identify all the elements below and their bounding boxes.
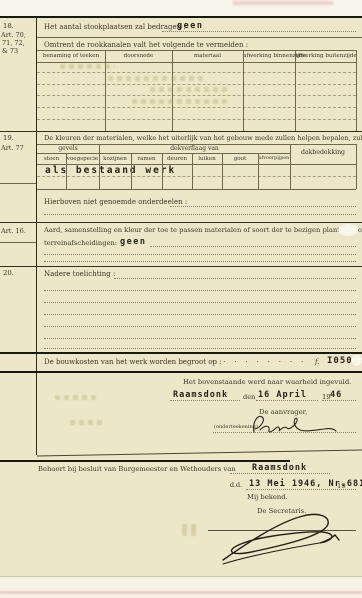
table2-subheader-border: [37, 153, 290, 154]
table2-col-divider: [66, 153, 67, 189]
stookplaatsen-label: Het aantal stookplaatsen zal bedragen :: [44, 23, 186, 31]
toelichting-label: Nadere toelichting :: [44, 270, 115, 278]
besluit-place: Raamsdonk: [252, 463, 307, 473]
scan-blemish: [351, 355, 362, 366]
table1-header-afwerking-buiten: afwerking buitenzijde: [295, 53, 356, 59]
table1-header-materiaal: materiaal: [172, 53, 243, 59]
besluit-dd-label: d.d.: [230, 482, 242, 490]
margin-art-77: Art. 77: [1, 144, 24, 152]
scan-bottom-pink-line: [0, 591, 362, 594]
table1-top-border: [37, 50, 356, 51]
margin-divider-2: [0, 242, 36, 243]
top-rule: [0, 16, 362, 18]
bleed-through-smudge: [60, 64, 115, 69]
margin-art-16: Art. 16.: [1, 227, 26, 235]
table2-group-dakbedekking: dakbedekking: [290, 150, 356, 156]
bleed-through-smudge: [132, 99, 227, 104]
table1-row-line: [37, 119, 356, 120]
fill-line: [170, 400, 240, 401]
bouwkosten-label: De bouwkosten van het werk worden begroo…: [44, 358, 222, 366]
margin-number-20: 20.: [3, 269, 14, 277]
hierboven-label: Hierboven niet genoemde onderdeelen :: [44, 198, 187, 206]
bleed-through-smudge: [150, 87, 228, 92]
fill-line: [246, 489, 356, 490]
bouwkosten-bottom-rule: [0, 371, 362, 373]
secretary-signature: [218, 510, 343, 568]
form-bottom-slanted-rule: [37, 446, 362, 458]
bouwkosten-top-rule: [0, 352, 362, 354]
table2-col-steen: steen: [37, 156, 66, 162]
table2-bottom-border: [37, 189, 356, 190]
fill-line: [44, 214, 356, 215]
bouwkosten-leader-dots: . . . . . . . . .: [212, 356, 303, 364]
margin-art-70b: 71, 72,: [2, 39, 25, 47]
fill-line: [162, 31, 356, 32]
section19-top-rule: [0, 131, 362, 132]
fill-line: [170, 206, 356, 207]
table2-group-gevels: gevels: [37, 146, 99, 152]
table2-col-deuren: deuren: [162, 156, 192, 162]
fill-line: [44, 338, 356, 339]
table1-row-line: [37, 84, 356, 85]
table2-right-border: [356, 144, 357, 189]
fill-line: [44, 254, 356, 255]
rookkanalen-label: Omtrent de rookkanalen valt het volgende…: [44, 41, 248, 49]
table2-col-divider: [131, 153, 132, 189]
section20-top-rule: [0, 266, 362, 267]
fill-line: [322, 400, 356, 401]
stookplaatsen-value: geen: [177, 21, 203, 31]
margin-number-19: 19.: [3, 134, 14, 142]
table2-col-luiken: luiken: [192, 156, 222, 162]
scanned-form-page: 18. Art. 70, 71, 72, & 73 19. Art. 77 Ar…: [0, 0, 362, 598]
scan-bottom-strip: [0, 577, 362, 598]
verklaring-den-label: den: [243, 393, 255, 401]
fill-line: [44, 326, 356, 327]
fill-line: [44, 290, 356, 291]
table1-col-divider: [295, 50, 296, 131]
table2-col-ramen: ramen: [131, 156, 162, 162]
fill-line: [230, 473, 330, 474]
verklaring-year-value: 46: [330, 390, 342, 400]
table1-right-border: [356, 50, 357, 131]
table1-row-line: [37, 95, 356, 96]
table1-header-doorsnede: doorsnede: [105, 53, 172, 59]
fill-line: [44, 302, 356, 303]
bleed-through-smudge: [55, 395, 97, 400]
table1-col-divider: [105, 50, 106, 131]
table2-col-divider: [192, 153, 193, 189]
verklaring-statement: Het bovenstaande werd naar waarheid inge…: [183, 378, 351, 386]
table2-col-goot: goot: [222, 156, 258, 162]
verklaring-place: Raamsdonk: [173, 390, 228, 400]
table2-col-kozijnen: kozijnen: [99, 156, 131, 162]
besluit-label: Behoort bij besluit van Burgemeester en …: [38, 465, 236, 473]
section18-inner-rule: [37, 37, 362, 38]
table2-col-divider: [222, 153, 223, 189]
table1-header-afwerking-binnen: afwerking binnenzijde: [243, 53, 295, 59]
bleed-through-smudge: [108, 76, 203, 81]
table2-col-afvoerpijpen: afvoerpijpen: [258, 156, 290, 162]
terrein-value: geen: [120, 237, 146, 247]
mij-bekend-label: Mij bekend.: [247, 493, 288, 501]
table2-col-voegspecie: voegspecie: [66, 156, 99, 162]
margin-number-18: 18.: [3, 22, 14, 30]
bleed-through-smudge: [182, 524, 198, 536]
kleuren-entry: als bestaand werk: [45, 165, 176, 176]
margin-divider-1: [0, 183, 36, 184]
verklaring-date: 16 April: [258, 390, 307, 400]
art16-top-rule: [0, 222, 362, 223]
table1-row-line: [37, 107, 356, 108]
terrein-text-line1: Aard, samenstelling en kleur der toe te …: [44, 226, 362, 234]
table1-row-line: [37, 72, 356, 73]
kleuren-intro: De kleuren der materialen, welke het uit…: [44, 134, 362, 142]
bouwkosten-currency: f.: [315, 358, 320, 366]
fill-line: [44, 314, 356, 315]
table1-col-divider: [243, 50, 244, 131]
table2-col-divider: [99, 144, 100, 189]
fill-line: [44, 261, 356, 262]
bleed-through-smudge: [70, 420, 106, 425]
table2-col-divider: [258, 153, 259, 189]
table2-col-divider: [162, 153, 163, 189]
table2-group-dekverflaag: dekverflaag van: [99, 146, 290, 152]
besluit-left-rule: [0, 460, 290, 462]
table2-col-divider: [290, 144, 291, 189]
margin-art-70: Art. 70,: [1, 31, 26, 39]
fill-line: [256, 400, 318, 401]
margin-vertical-rule: [36, 17, 37, 455]
fill-line: [150, 246, 356, 247]
table1-header-border: [37, 62, 356, 63]
applicant-signature: [246, 410, 338, 442]
fill-line: [44, 348, 356, 349]
scan-blemish: [338, 224, 358, 236]
table2-row-line: [37, 176, 356, 177]
scan-top-pink-smear: [233, 1, 333, 5]
table1-header-benaming: benaming of teeken: [37, 53, 105, 59]
fill-line: [114, 278, 356, 279]
terrein-text-line2: terreinafscheidingen:: [44, 239, 117, 247]
margin-art-70c: & 73: [2, 47, 18, 55]
page-bottom-edge: [0, 576, 362, 577]
